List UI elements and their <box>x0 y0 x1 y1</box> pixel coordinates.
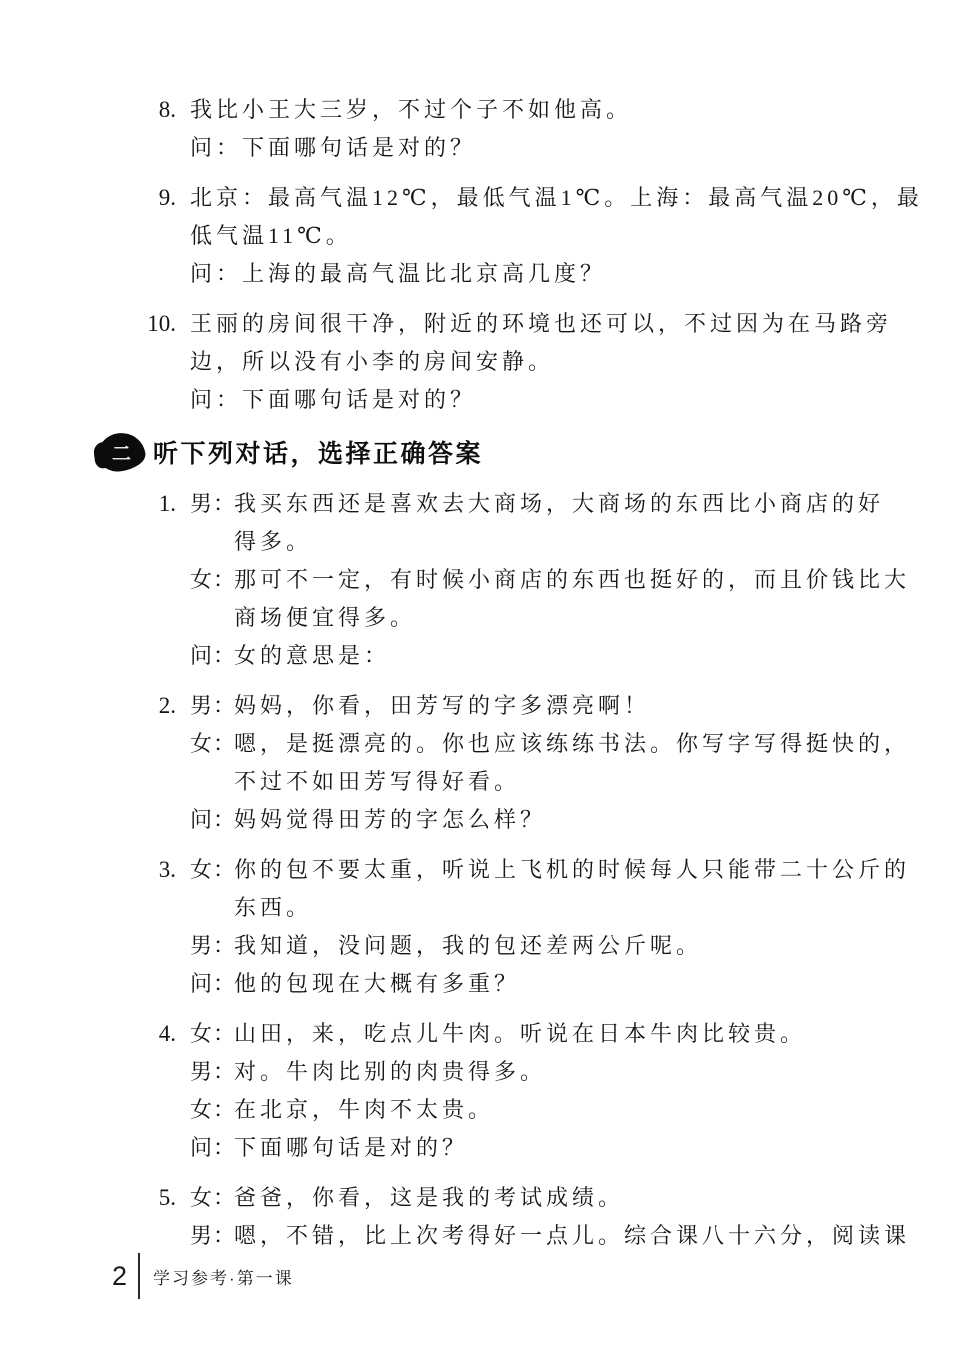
question-line: 他的包现在大概有多重？ <box>234 965 884 1003</box>
speaker-label: 问： <box>190 1129 234 1167</box>
speaker-label: 女： <box>190 1091 234 1129</box>
question-turn: 问： 下面哪句话是对的？ <box>190 1129 890 1167</box>
turn-lines: 他的包现在大概有多重？ <box>234 965 884 1003</box>
footer-book-title: 学习参考·第一课 <box>153 1264 294 1289</box>
turn-lines: 我知道，没问题，我的包还差两公斤呢。 <box>234 927 884 965</box>
dialogue-turn: 女： 嗯，是挺漂亮的。你也应该练练书法。你写字写得挺快的， 不过不如田芳写得好看… <box>190 725 890 801</box>
turn-lines: 嗯，是挺漂亮的。你也应该练练书法。你写字写得挺快的， 不过不如田芳写得好看。 <box>234 725 884 801</box>
dialogue-turn: 男： 妈妈，你看，田芳写的字多漂亮啊！ <box>190 687 890 725</box>
speaker-label: 问： <box>190 801 234 839</box>
exercise-item-10: 10. 王丽的房间很干净，附近的环境也还可以，不过因为在马路旁 边，所以没有小李… <box>118 305 960 419</box>
speech-line: 得多。 <box>234 523 884 561</box>
dialogue-turn: 女： 山田，来，吃点儿牛肉。听说在日本牛肉比较贵。 <box>190 1015 890 1053</box>
speaker-label: 女： <box>190 1015 234 1053</box>
item-body: 女： 爸爸，你看，这是我的考试成绩。 男： 嗯，不错，比上次考得好一点儿。综合课… <box>190 1179 890 1255</box>
turn-lines: 对。牛肉比别的肉贵得多。 <box>234 1053 884 1091</box>
item-number: 10. <box>118 305 176 419</box>
exercise-item-8: 8. 我比小王大三岁，不过个子不如他高。 问：下面哪句话是对的？ <box>118 91 960 167</box>
speech-line: 妈妈，你看，田芳写的字多漂亮啊！ <box>234 687 884 725</box>
item-number: 8. <box>118 91 176 167</box>
dialogue-turn: 女： 那可不一定，有时候小商店的东西也挺好的，而且价钱比大 商场便宜得多。 <box>190 561 890 637</box>
item-body: 我比小王大三岁，不过个子不如他高。 问：下面哪句话是对的？ <box>190 91 890 167</box>
question-line: 下面哪句话是对的？ <box>234 1129 884 1167</box>
question-line: 问：下面哪句话是对的？ <box>190 129 890 167</box>
dialogue-turn: 女： 在北京，牛肉不太贵。 <box>190 1091 890 1129</box>
item-number: 9. <box>118 179 176 293</box>
speaker-label: 女： <box>190 725 234 801</box>
item-body: 男： 妈妈，你看，田芳写的字多漂亮啊！ 女： 嗯，是挺漂亮的。你也应该练练书法。… <box>190 687 890 839</box>
item-number: 3. <box>118 851 176 1003</box>
statement-line: 北京：最高气温12℃，最低气温1℃。上海：最高气温20℃，最 <box>190 179 890 217</box>
footer-divider <box>138 1253 140 1299</box>
speaker-label: 男： <box>190 485 234 561</box>
speech-line: 我知道，没问题，我的包还差两公斤呢。 <box>234 927 884 965</box>
turn-lines: 妈妈，你看，田芳写的字多漂亮啊！ <box>234 687 884 725</box>
question-line: 问：上海的最高气温比北京高几度？ <box>190 255 890 293</box>
question-line: 妈妈觉得田芳的字怎么样？ <box>234 801 884 839</box>
speech-line: 我买东西还是喜欢去大商场，大商场的东西比小商店的好 <box>234 485 884 523</box>
speech-line: 你的包不要太重，听说上飞机的时候每人只能带二十公斤的 <box>234 851 884 889</box>
statement-line: 王丽的房间很干净，附近的环境也还可以，不过因为在马路旁 <box>190 305 890 343</box>
page-content: 8. 我比小王大三岁，不过个子不如他高。 问：下面哪句话是对的？ 9. 北京：最… <box>0 0 960 1255</box>
statement-line: 我比小王大三岁，不过个子不如他高。 <box>190 91 890 129</box>
dialogue-turn: 男： 我知道，没问题，我的包还差两公斤呢。 <box>190 927 890 965</box>
speech-line: 对。牛肉比别的肉贵得多。 <box>234 1053 884 1091</box>
item-body: 北京：最高气温12℃，最低气温1℃。上海：最高气温20℃，最 低气温11℃。 问… <box>190 179 890 293</box>
dialogue-item-3: 3. 女： 你的包不要太重，听说上飞机的时候每人只能带二十公斤的 东西。 男： … <box>118 851 960 1003</box>
item-body: 女： 山田，来，吃点儿牛肉。听说在日本牛肉比较贵。 男： 对。牛肉比别的肉贵得多… <box>190 1015 890 1167</box>
dialogue-item-4: 4. 女： 山田，来，吃点儿牛肉。听说在日本牛肉比较贵。 男： 对。牛肉比别的肉… <box>118 1015 960 1167</box>
dialogue-item-2: 2. 男： 妈妈，你看，田芳写的字多漂亮啊！ 女： 嗯，是挺漂亮的。你也应该练练… <box>118 687 960 839</box>
item-body: 男： 我买东西还是喜欢去大商场，大商场的东西比小商店的好 得多。 女： 那可不一… <box>190 485 890 675</box>
turn-lines: 爸爸，你看，这是我的考试成绩。 <box>234 1179 884 1217</box>
question-line: 问：下面哪句话是对的？ <box>190 381 890 419</box>
speaker-label: 问： <box>190 637 234 675</box>
turn-lines: 我买东西还是喜欢去大商场，大商场的东西比小商店的好 得多。 <box>234 485 884 561</box>
dialogue-turn: 女： 你的包不要太重，听说上飞机的时候每人只能带二十公斤的 东西。 <box>190 851 890 927</box>
speaker-label: 女： <box>190 1179 234 1217</box>
item-number: 5. <box>118 1179 176 1255</box>
speech-line: 不过不如田芳写得好看。 <box>234 763 884 801</box>
speaker-label: 男： <box>190 927 234 965</box>
dialogue-turn: 男： 对。牛肉比别的肉贵得多。 <box>190 1053 890 1091</box>
section-number-label: 二 <box>112 439 131 466</box>
turn-lines: 你的包不要太重，听说上飞机的时候每人只能带二十公斤的 东西。 <box>234 851 884 927</box>
dialogue-item-1: 1. 男： 我买东西还是喜欢去大商场，大商场的东西比小商店的好 得多。 女： 那… <box>118 485 960 675</box>
item-body: 王丽的房间很干净，附近的环境也还可以，不过因为在马路旁 边，所以没有小李的房间安… <box>190 305 890 419</box>
dialogue-turn: 男： 我买东西还是喜欢去大商场，大商场的东西比小商店的好 得多。 <box>190 485 890 561</box>
section-marker-ink-blob-icon: 二 <box>96 430 147 473</box>
section-title: 听下列对话，选择正确答案 <box>153 434 483 470</box>
item-body: 女： 你的包不要太重，听说上飞机的时候每人只能带二十公斤的 东西。 男： 我知道… <box>190 851 890 1003</box>
speech-line: 嗯，是挺漂亮的。你也应该练练书法。你写字写得挺快的， <box>234 725 884 763</box>
question-turn: 问： 妈妈觉得田芳的字怎么样？ <box>190 801 890 839</box>
item-number: 2. <box>118 687 176 839</box>
item-number: 1. <box>118 485 176 675</box>
speaker-label: 女： <box>190 851 234 927</box>
dialogue-turn: 女： 爸爸，你看，这是我的考试成绩。 <box>190 1179 890 1217</box>
question-turn: 问： 他的包现在大概有多重？ <box>190 965 890 1003</box>
dialogue-turn: 男： 嗯，不错，比上次考得好一点儿。综合课八十六分，阅读课 <box>190 1217 890 1255</box>
page-number: 2 <box>112 1261 127 1292</box>
speech-line: 爸爸，你看，这是我的考试成绩。 <box>234 1179 884 1217</box>
question-line: 女的意思是： <box>234 637 884 675</box>
speaker-label: 女： <box>190 561 234 637</box>
statement-line: 边，所以没有小李的房间安静。 <box>190 343 890 381</box>
speaker-label: 问： <box>190 965 234 1003</box>
turn-lines: 下面哪句话是对的？ <box>234 1129 884 1167</box>
speaker-label: 男： <box>190 1053 234 1091</box>
item-number: 4. <box>118 1015 176 1167</box>
question-turn: 问： 女的意思是： <box>190 637 890 675</box>
statement-line: 低气温11℃。 <box>190 217 890 255</box>
speech-line: 那可不一定，有时候小商店的东西也挺好的，而且价钱比大 <box>234 561 884 599</box>
speech-line: 商场便宜得多。 <box>234 599 884 637</box>
speech-line: 山田，来，吃点儿牛肉。听说在日本牛肉比较贵。 <box>234 1015 884 1053</box>
speaker-label: 男： <box>190 687 234 725</box>
speech-line: 嗯，不错，比上次考得好一点儿。综合课八十六分，阅读课 <box>234 1217 884 1255</box>
turn-lines: 山田，来，吃点儿牛肉。听说在日本牛肉比较贵。 <box>234 1015 884 1053</box>
exercise-item-9: 9. 北京：最高气温12℃，最低气温1℃。上海：最高气温20℃，最 低气温11℃… <box>118 179 960 293</box>
dialogue-item-5: 5. 女： 爸爸，你看，这是我的考试成绩。 男： 嗯，不错，比上次考得好一点儿。… <box>118 1179 960 1255</box>
turn-lines: 女的意思是： <box>234 637 884 675</box>
turn-lines: 那可不一定，有时候小商店的东西也挺好的，而且价钱比大 商场便宜得多。 <box>234 561 884 637</box>
turn-lines: 妈妈觉得田芳的字怎么样？ <box>234 801 884 839</box>
speech-line: 东西。 <box>234 889 884 927</box>
speech-line: 在北京，牛肉不太贵。 <box>234 1091 884 1129</box>
page-footer: 2 学习参考·第一课 <box>112 1250 294 1302</box>
turn-lines: 嗯，不错，比上次考得好一点儿。综合课八十六分，阅读课 <box>234 1217 884 1255</box>
section-header: 二 听下列对话，选择正确答案 <box>98 431 960 473</box>
textbook-page: 8. 我比小王大三岁，不过个子不如他高。 问：下面哪句话是对的？ 9. 北京：最… <box>0 0 960 1354</box>
turn-lines: 在北京，牛肉不太贵。 <box>234 1091 884 1129</box>
